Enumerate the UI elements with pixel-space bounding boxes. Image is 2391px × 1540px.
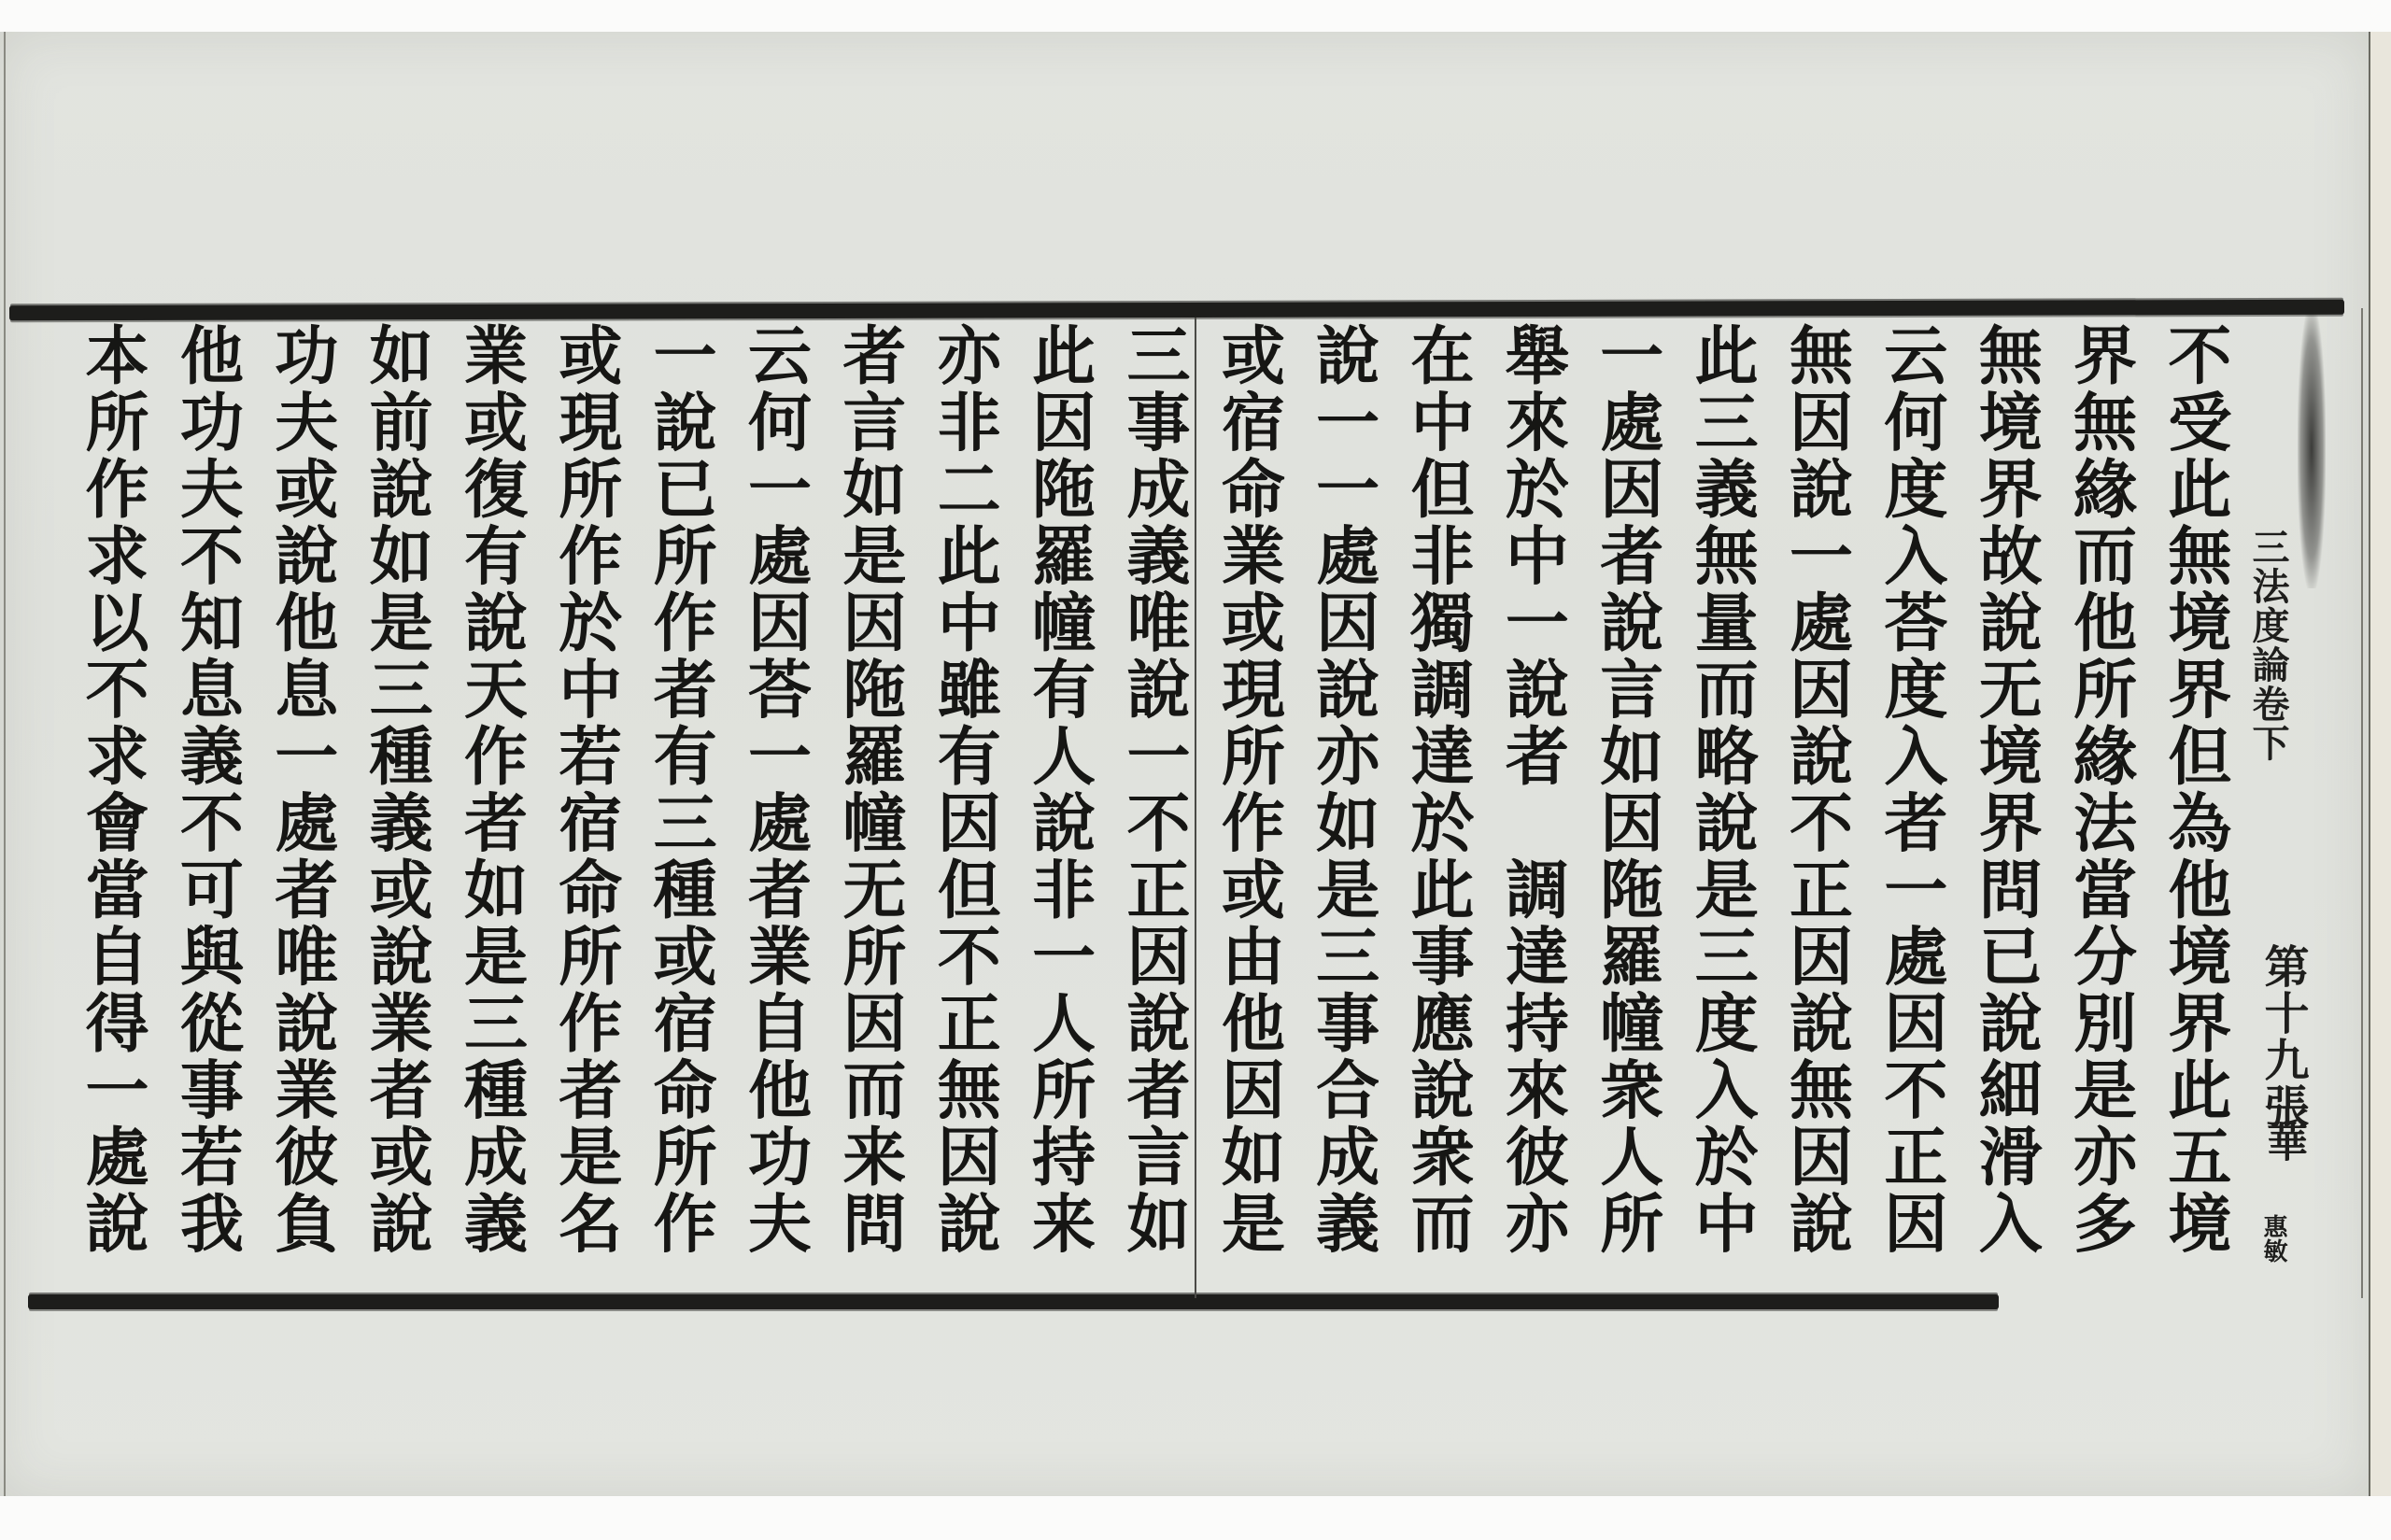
margin-title: 三法度論卷下 [2242,528,2295,763]
text-column: 如前說如是三種義或說業者或說 [349,322,443,1293]
leaf-number: 第十九張 [2251,943,2315,1130]
text-column: 一處因者說言如因陁羅幢衆人所 [1580,322,1674,1293]
text-column: 云何一處因荅一處者業自他功夫 [729,322,822,1293]
carver-name: 惠敏 [2257,1214,2291,1263]
text-column: 一說已所作者有三種或宿命所作 [633,322,727,1293]
text-column: 無因說一處因說不正因說無因說 [1769,322,1862,1293]
text-column: 業或復有說天作者如是三種成義 [444,322,537,1293]
next-page-edge [2369,32,2391,1496]
text-column: 說一一處因說亦如是三事合成義 [1296,322,1390,1293]
bottom-border-rule [28,1294,1999,1309]
text-column: 亦非二此中雖有因但不正無因說 [917,322,1011,1293]
text-column: 云何度入荅度入者一處因不正因 [1864,322,1958,1293]
text-column: 本所作求以不求會當自得一處說 [65,322,159,1293]
text-column: 此三義無量而略說是三度入於中 [1675,322,1768,1293]
text-column: 無境界故說无境界問已說細滑入 [1959,322,2052,1293]
page-left-edge [4,32,6,1496]
text-column: 功夫或說他息一處者唯說業彼負 [255,322,348,1293]
text-column: 不受此無境界但為他境界此五境 [2148,322,2242,1293]
text-column: 或宿命業或現所作或由他因如是 [1201,322,1295,1293]
right-frame-line [2361,308,2363,1298]
text-column: 者言如是因陁羅幢无所因而来問 [823,322,916,1293]
text-column: 舉來於中一說者 調達持來彼亦 [1485,322,1578,1293]
text-column: 或現所作於中若宿命所作者是名 [539,322,632,1293]
text-column: 在中但非獨調達於此事應說衆而 [1391,322,1484,1293]
text-block: 不受此無境界但為他境界此五境 界無緣而他所緣法當分別是亦多 無境界故說无境界問已… [65,322,2242,1293]
text-column: 三事成義唯說一不正因說者言如 [1107,322,1200,1293]
text-column: 界無緣而他所緣法當分別是亦多 [2054,322,2147,1293]
text-column: 他功夫不知息義不可與從事若我 [160,322,253,1293]
text-column: 此因陁羅幢有人說非一人所持来 [1012,322,1106,1293]
ink-blot [2298,308,2326,588]
margin-mark: 華 [2253,1121,2313,1162]
